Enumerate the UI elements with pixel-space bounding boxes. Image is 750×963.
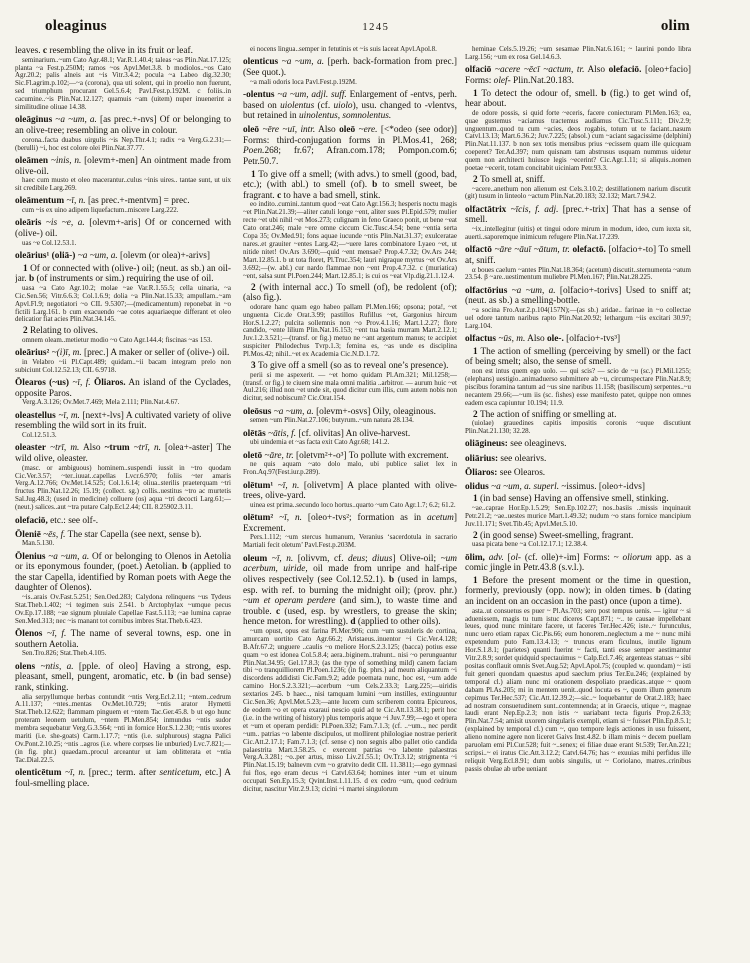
entry-olidus: olidus ~a ~um, a. superl. ~issimus. [ole… <box>465 482 691 493</box>
text-run: [prec.] A maker or seller of (olive-) oi… <box>82 348 230 358</box>
text-run: 2 <box>23 326 30 336</box>
text-run: ~ntis, a. <box>35 662 73 672</box>
text-run: heminae Cels.5.19.26; ~um sesamae Plin.N… <box>465 46 691 61</box>
text-run: -olentus <box>243 90 275 100</box>
citation-block: eo indito..cumini..tantum quod ~eat Cato… <box>243 201 457 280</box>
text-run: [olivvm, cf. <box>293 554 348 564</box>
text-run: 2 <box>473 531 480 541</box>
citation-block: uinea est prima..secundo loco hortus..qu… <box>243 502 457 510</box>
citation-block: semen ~um Plin.Nat.27.106; butyrum..~um … <box>243 417 457 425</box>
text-run: 268; fr.67; Afran.com.178; Pompon.com.6;… <box>243 146 457 167</box>
citation-block: (masc. or ambiguous) hominem..suspendi i… <box>15 465 231 512</box>
citation-block: Col.12.51.3. <box>15 432 231 440</box>
text-run: 2 <box>473 175 480 185</box>
text-run: omnem oleam..metietur modio ~o Cato Agr.… <box>22 336 212 344</box>
citation-block: corona..facta duabus uirgulis ~is Nep.Th… <box>15 137 231 153</box>
entry-oletum2: olētum² ~ī, n. [oleo+-tvs²; formation as… <box>243 513 457 534</box>
column-2: ei nocens lingua..semper in fetutinis et… <box>243 46 457 954</box>
text-run: de odore possis, si quid forte ~eceris, … <box>465 109 691 172</box>
text-run: ] Olive-oil; <box>392 554 440 564</box>
text-run: Man.5.130. <box>22 539 54 547</box>
dictionary-page: oleaginus 1245 olim leaves. c resembling… <box>0 0 750 963</box>
text-run: ~ēre ~uī, intr. <box>259 125 315 135</box>
text-run: (in bad sense) Having an offensive smell… <box>480 494 669 504</box>
text-run: ~ī, f. <box>42 629 66 639</box>
entry-olearis: oleāris ~is ~e, a. [olevm+-aris] Of or c… <box>15 218 231 239</box>
text-run: Relating to olives. <box>30 326 98 336</box>
citation-block: Pers.1.112; ~um stercus humanum, Veraniu… <box>243 534 457 550</box>
entry-olenius: Ōlenius ~a ~um, a. Of or belonging to Ol… <box>15 552 231 594</box>
text-run: to have a bad smell, stink. <box>284 191 381 201</box>
text-run: ~a ~um, a. <box>507 286 555 296</box>
citation-block: ~um opust, opus est farina Pl.Mer.906; c… <box>243 628 457 794</box>
text-run: ~ī, n. <box>273 481 299 491</box>
xref-olefacio: olefaciō, etc.: see olf-. <box>15 516 231 527</box>
citation-block: uasa ~a Cato Agr.10.2; molae ~ae Var.R.1… <box>15 285 231 325</box>
text-run: The star Capella (see next, sense b). <box>65 530 201 540</box>
text-run: uasa picata bene ~a Col.12.17.1; 12.38.4… <box>472 540 588 548</box>
entry-olearos: Ōlearos (~us) ~ī, f. Ōliaros. An island … <box>15 378 231 399</box>
entry-olenticus: olenticus ~a ~um, a. [perh. back-formati… <box>243 57 457 78</box>
text-run: olfactus <box>465 334 496 344</box>
entry-oleastellus: oleastellus ~ī, m. [next+-lvs] A cultiva… <box>15 411 231 432</box>
citation-block: ei nocens lingua..semper in fetutinis et… <box>243 46 457 54</box>
citation-block: ~ae..caprae Hor.Ep.1.5.29; Sen.Ep.102.27… <box>465 505 691 529</box>
citation-block: perii si me aspexerit. — ~et homo quidam… <box>243 372 457 404</box>
text-run: odorare hanc quam ego habeo pallam Pl.Me… <box>243 303 457 358</box>
text-run: haec cum musto et oleo macerantur..culus… <box>15 176 231 192</box>
text-columns: leaves. c resembling the olive in its fr… <box>15 46 735 956</box>
citation-block: omnem oleam..metietur modio ~o Cato Agr.… <box>15 337 231 345</box>
text-run: deus <box>348 554 365 564</box>
entry-olfactus: olfactus ~ūs, m. Also ole-. [olfacio+-tv… <box>465 334 691 345</box>
text-run: ~a ~um, a. <box>278 57 324 67</box>
text-run: [oleo+-tvs²; formation as in <box>302 513 427 523</box>
text-run: 1 <box>473 494 480 504</box>
text-run: Also <box>315 125 339 135</box>
text-run: [olevm (or olea)+-arivs] <box>118 251 210 261</box>
text-run: ~is..arais Ov.Fast.5.251; Sen.Oed.283; C… <box>15 593 231 625</box>
text-run: ~ae..caprae Hor.Ep.1.5.29; Sen.Ep.102.27… <box>465 504 691 528</box>
citation-block: haec cum musto et oleo macerantur..culus… <box>15 177 231 193</box>
text-run: olētās <box>243 429 266 439</box>
text-run: [olfacio+-tvs³] <box>564 334 620 344</box>
text-run: Ōliaros. <box>91 378 126 388</box>
text-run: uasa ~a Cato Agr.10.2; molae ~ae Var.R.1… <box>15 284 231 324</box>
citation-block: odorare hanc quam ego habeo pallam Pl.Me… <box>243 304 457 359</box>
text-run: oleum <box>243 554 267 564</box>
citation-block: uasa picata bene ~a Col.12.17.1; 12.38.4… <box>465 541 691 549</box>
text-run: ~āre ~āuī ~ātum, tr. <box>492 245 570 255</box>
citation-block: ~is..arais Ov.Fast.5.251; Sen.Oed.283; C… <box>15 594 231 626</box>
text-run: (uiolae) grauedines capitis impositis co… <box>465 419 691 435</box>
text-run: ~ī, m. <box>56 411 80 421</box>
text-run: olefaciō. <box>609 65 642 75</box>
text-run: (of instruments or sim.) requiring the u… <box>36 274 213 284</box>
text-run: ne quis aquam ~ato dolo malo, ubi public… <box>243 460 457 476</box>
text-run: see olearivs. <box>498 454 546 464</box>
text-run: perii si me aspexerit. — ~et homo quidam… <box>243 371 457 403</box>
text-run: (masc. or ambiguous) hominem..suspendi i… <box>15 464 231 512</box>
text-run: [oletvm²+-o³] To pollute with excrement. <box>294 451 449 461</box>
text-run: ~a ~um, adjl. suff. <box>275 90 347 100</box>
text-run: Ōlenos <box>15 629 42 639</box>
entry-oleo: oleō ~ēre ~uī, intr. Also oleō ~ere. [<*… <box>243 125 457 167</box>
text-run: ~acere..anethum non alienum est Cels.3.1… <box>465 185 691 201</box>
text-run: To give off a smell (so as to reveal one… <box>258 361 448 371</box>
text-run: oleastellus <box>15 411 56 421</box>
text-run: Ōlearos (~us) <box>15 378 69 388</box>
citation-block: in Velabro ~ii Pl.Capt.489; quidam..~ii … <box>15 359 231 375</box>
citation-block: ~a socina Fro.Aur.2.p.104(157N);—(as sb.… <box>465 307 691 331</box>
text-run: ~ī, n. <box>273 513 302 523</box>
entry-olfacto: olfactō ~āre ~āuī ~ātum, tr. olefactō. [… <box>465 245 691 266</box>
citation-block: non est intus quem ego uolo. — qui scis?… <box>465 368 691 408</box>
text-run: ~ēs, f. <box>41 530 66 540</box>
citation-block: Sen.Tro.826; Stat.Theb.4.105. <box>15 650 231 658</box>
text-run: ~a mali odoris loca Pavl.Fest.p.192M. <box>250 78 357 86</box>
column-1: leaves. c resembling the olive in its fr… <box>15 46 231 954</box>
citation-block: de odore possis, si quid forte ~eceris, … <box>465 110 691 173</box>
text-run: in Velabro ~ii Pl.Capt.489; quidam..~ii … <box>15 358 231 374</box>
text-run: olētum¹ <box>243 481 273 491</box>
text-run: see Olearos. <box>497 468 545 478</box>
sense-oleo-2: 2 (with internal acc.) To smell (of), be… <box>243 283 457 304</box>
text-run: Also <box>79 443 104 453</box>
text-run: ~a ~um, a. <box>75 251 117 261</box>
text-run: oliārius: <box>465 454 498 464</box>
text-run: Poen. <box>243 146 264 156</box>
text-run: oliāgineus: <box>465 439 508 449</box>
xref-oliarius: oliārius: see olearivs. <box>465 454 691 465</box>
text-run: olfactōrius <box>465 286 507 296</box>
text-run: ole-. <box>547 334 564 344</box>
text-run: semen ~um Plin.Nat.27.106; butyrum..~um … <box>250 416 414 424</box>
citation-block: ~a mali odoris loca Pavl.Fest.p.192M. <box>243 79 457 87</box>
text-run: [cf. olivitas] An olive-harvest. <box>296 429 410 439</box>
text-run: ōlim, <box>465 553 485 563</box>
text-run: ~um opust, opus est farina Pl.Mer.906; c… <box>243 627 457 793</box>
text-run: olfactō <box>465 245 492 255</box>
text-run: Also <box>525 334 547 344</box>
xref-oliaros: Ōliaros: see Olearos. <box>465 468 691 479</box>
text-run: ~trī, m. <box>46 443 79 453</box>
text-run: [olevm+-osvs] Oily, oleaginous. <box>314 407 436 417</box>
text-run: ~is ~e, a. <box>41 218 84 228</box>
text-run: ~ī, n. <box>61 768 85 778</box>
citation-block: ne quis aquam ~ato dolo malo, ubi public… <box>243 461 457 477</box>
text-run: uinea est prima..secundo loco hortus..qu… <box>250 501 456 509</box>
text-run: ~a socina Fro.Aur.2.p.104(157N);—(as sb.… <box>465 306 691 330</box>
text-run: oleāmentum <box>15 196 64 206</box>
text-run: Col.12.51.3. <box>22 431 57 439</box>
text-run: ~a ~um, a. <box>52 115 97 125</box>
text-run: ~ere. <box>355 125 377 135</box>
running-head-left: oleaginus <box>45 18 107 35</box>
text-run: ~ūs, m. <box>496 334 525 344</box>
entry-olfactorius: olfactōrius ~a ~um, a. [olfacio+-torivs]… <box>465 286 691 307</box>
text-run: olefaciō, <box>15 516 48 526</box>
entry-oleamen: oleāmen ~inis, n. [olevm+-men] An ointme… <box>15 156 231 177</box>
text-run: b <box>389 575 398 585</box>
text-run: oleōsus <box>243 407 271 417</box>
text-run: see oleaginevs. <box>508 439 567 449</box>
text-run: Sen.Tro.826; Stat.Theb.4.105. <box>22 649 106 657</box>
text-run: alia serpyllumque herbas contundit ~ntis… <box>15 693 231 764</box>
text-run: ~īcis, f. adj. <box>506 205 558 215</box>
text-run: olfactātrix <box>465 205 506 215</box>
text-run: 1 <box>473 347 481 357</box>
text-run: To detect the odour of, smell. <box>481 89 601 99</box>
text-run: d <box>350 617 358 627</box>
text-run: adv. <box>485 553 504 563</box>
text-run: ~issimus. [oleo+-idvs] <box>559 482 645 492</box>
text-run: b <box>656 586 665 596</box>
text-run: ~a ~um, a. superl. <box>489 482 559 492</box>
text-run: [as prec.+-mentvm] = prec. <box>86 196 190 206</box>
sense-olfacio-1: 1 To detect the odour of, smell. b (fig.… <box>465 89 691 110</box>
entry-olenos: Ōlenos ~ī, f. The name of several towns,… <box>15 629 231 650</box>
text-run: 1 <box>473 576 482 586</box>
text-run: [prec.; term. after <box>85 768 159 778</box>
citation-block: ~acere..anethum non alienum est Cels.3.1… <box>465 186 691 202</box>
citation-block: alia serpyllumque herbas contundit ~ntis… <box>15 694 231 765</box>
column-3: heminae Cels.5.19.26; ~um sesamae Plin.N… <box>465 46 691 954</box>
citation-block: heminae Cels.5.19.26; ~um sesamae Plin.N… <box>465 46 691 62</box>
text-run: ~inis, n. <box>48 156 81 166</box>
entry-olfacio: olfaciō ~acere ~ēcī ~actum, tr. Also ole… <box>465 65 691 86</box>
sense-olim-1: 1 Before the present moment or the time … <box>465 576 691 608</box>
text-run: ~ī, n. <box>267 554 293 564</box>
entry-olenticetum: olenticētum ~ī, n. [prec.; term. after s… <box>15 768 231 789</box>
text-run: Also <box>584 65 608 75</box>
citation-block: asta..ut consuetus es puer ~ Pl.As.703; … <box>465 608 691 774</box>
citation-block: ~ix..intellegitur (uitis) et tingui odor… <box>465 226 691 242</box>
text-run: 3 <box>251 361 258 371</box>
text-run: ~um et operam perdere <box>243 596 335 606</box>
text-run: uinolentus, somnolentus. <box>299 111 391 121</box>
text-run: 2 <box>473 410 480 420</box>
running-head-right: olim <box>661 18 690 35</box>
text-run: oleaster <box>15 443 46 453</box>
sense-olearius1-1: 1 Of or connected with (olive-) oil; (ne… <box>15 264 231 285</box>
text-run: b <box>601 89 610 99</box>
citation-block: uas ~e Col.12.53.1. <box>15 240 231 248</box>
text-run: (with internal acc.) To smell (of), be r… <box>243 283 457 304</box>
text-run: etc.: see olf-. <box>48 516 98 526</box>
entry-oleaster: oleaster ~trī, m. Also ~trum ~trī, n. [o… <box>15 443 231 464</box>
sense-oleo-1: 1 To give off a smell; (with advs.) to s… <box>243 170 457 202</box>
text-run: olefactō. <box>573 245 606 255</box>
text-run: resembling the olive in its fruit or lea… <box>49 46 193 56</box>
text-run: ~a ~um, a. <box>45 552 89 562</box>
text-run: oleārius¹ (oliā-) <box>15 251 75 261</box>
text-run: b <box>372 180 382 190</box>
text-run: acetum <box>427 513 454 523</box>
citation-block: seminarium..~um Cato Agr.48.1; Var.R.1.4… <box>15 57 231 112</box>
text-run: α boues caelum ~antes Plin.Nat.18.364; (… <box>465 266 691 282</box>
text-run: Ōleniē <box>15 530 41 540</box>
text-run: oliorum <box>622 553 651 563</box>
citation-block: α boues caelum ~antes Plin.Nat.18.364; (… <box>465 267 691 283</box>
text-run: ~acere ~ēcī ~actum, tr. <box>491 65 584 75</box>
text-run: olētum² <box>243 513 273 523</box>
entry-oleum: oleum ~ī, n. [olivvm, cf. deus; diuus] O… <box>243 554 457 628</box>
text-run: ~ix..intellegitur (uitis) et tingui odor… <box>465 225 691 241</box>
text-run: diuus <box>372 554 392 564</box>
text-run: ~(i)ī, m. <box>49 348 81 358</box>
text-run: (cf. <box>314 101 333 111</box>
text-run: ~ī, n. <box>64 196 86 206</box>
xref-oliagineus: oliāgineus: see oleaginevs. <box>465 439 691 450</box>
text-run: eo indito..cumini..tantum quod ~eat Cato… <box>243 200 457 279</box>
text-run: ~āre, tr. <box>262 451 294 461</box>
sense-olfactus-1: 1 The action of smelling (perceiving by … <box>465 347 691 368</box>
text-run: ~trī, n. <box>130 443 161 453</box>
text-run: Verg.A.3.126; Ov.Met.7.469; Mela 2.111; … <box>22 398 179 406</box>
text-run: uiolentus <box>280 101 314 111</box>
text-run: oleārius² <box>15 348 49 358</box>
text-run: ei nocens lingua..semper in fetutinis et… <box>250 46 437 53</box>
text-run: b <box>168 672 177 682</box>
text-run: olenticētum <box>15 768 61 778</box>
text-run: The action of sniffing or smelling at. <box>480 410 616 420</box>
text-run: ~a ~um, a. <box>271 407 313 417</box>
text-run: (cf. olle)+-im] Forms: ~ <box>521 553 622 563</box>
text-run: Pers.1.112; ~um stercus humanum, Veraniu… <box>243 533 457 549</box>
citation-block: cum ~is ex uino adipem liquefactum..misc… <box>15 207 231 215</box>
text-run: Plin.Nat.20.183. <box>511 76 574 86</box>
text-run: (applied to other oils). <box>358 617 441 627</box>
text-run: b <box>182 562 190 572</box>
text-run: oleāmen <box>15 156 48 166</box>
entry-oletum1: olētum¹ ~ī, n. [olivetvm] A place plante… <box>243 481 457 502</box>
text-run: cum ~is ex uino adipem liquefactum..misc… <box>22 206 178 214</box>
entry-oleaginus: oleāginus ~a ~um, a. [as prec.+-nvs] Of … <box>15 115 231 136</box>
text-run: olens <box>15 662 35 672</box>
citation-block: ubi uindemia et ~as facta exit Cato Agr.… <box>243 439 457 447</box>
text-run: The action of smelling (perceiving by sm… <box>465 347 691 368</box>
page-header: oleaginus 1245 olim <box>45 18 690 35</box>
entry-olearius1: oleārius¹ (oliā-) ~a ~um, a. [olevm (or … <box>15 251 231 262</box>
text-run: olidus <box>465 482 489 492</box>
text-run: senticetum, <box>160 768 202 778</box>
text-run: olef- <box>494 76 511 86</box>
entry-olentus-suffix: -olentus ~a ~um, adjl. suff. Enlargement… <box>243 90 457 122</box>
text-run: non est intus quem ego uolo. — qui scis?… <box>465 367 691 407</box>
page-number: 1245 <box>362 22 389 33</box>
entry-olim: ōlim, adv. [ol- (cf. olle)+-im] Forms: ~… <box>465 553 691 574</box>
text-run: asta..ut consuetus es puer ~ Pl.As.703; … <box>465 607 691 773</box>
citation-block: Verg.A.3.126; Ov.Met.7.469; Mela 2.111; … <box>15 399 231 407</box>
citation-block: (uiolae) grauedines capitis impositis co… <box>465 420 691 436</box>
text-run: Ōlenius <box>15 552 45 562</box>
text-run: ubi uindemia et ~as facta exit Cato Agr.… <box>250 438 389 446</box>
text-run: Ōliaros: <box>465 468 497 478</box>
text-run: oleāginus <box>15 115 52 125</box>
text-run: ~ī, f. <box>69 378 91 388</box>
entry-olfactatrix: olfactātrix ~īcis, f. adj. [prec.+-trix]… <box>465 205 691 226</box>
text-run: To smell at, sniff. <box>480 175 545 185</box>
text-run: seminarium..~um Cato Agr.48.1; Var.R.1.4… <box>15 56 231 111</box>
text-run: corona..facta duabus uirgulis ~is Nep.Th… <box>15 136 231 152</box>
entry-olens: olens ~ntis, a. [pple. of oleo] Having a… <box>15 662 231 694</box>
text-run: [ <box>504 553 511 563</box>
text-run: (in good sense) Sweet-smelling, fragrant… <box>480 531 633 541</box>
text-run: oleō <box>339 125 355 135</box>
text-run: ~ātis, f. <box>266 429 296 439</box>
text-run: ~trum <box>105 443 130 453</box>
text-run: olenticus <box>243 57 278 67</box>
text-run: leaves. <box>15 46 43 56</box>
text-run: oleāris <box>15 218 41 228</box>
citation-block: Man.5.130. <box>15 540 231 548</box>
text-run: uas ~e Col.12.53.1. <box>22 239 76 247</box>
text-run: oleō <box>243 125 259 135</box>
text-run: oletō <box>243 451 262 461</box>
text-run: uiolo <box>333 101 352 111</box>
text-run: ol- <box>511 553 521 563</box>
text-run: olfaciō <box>465 65 491 75</box>
